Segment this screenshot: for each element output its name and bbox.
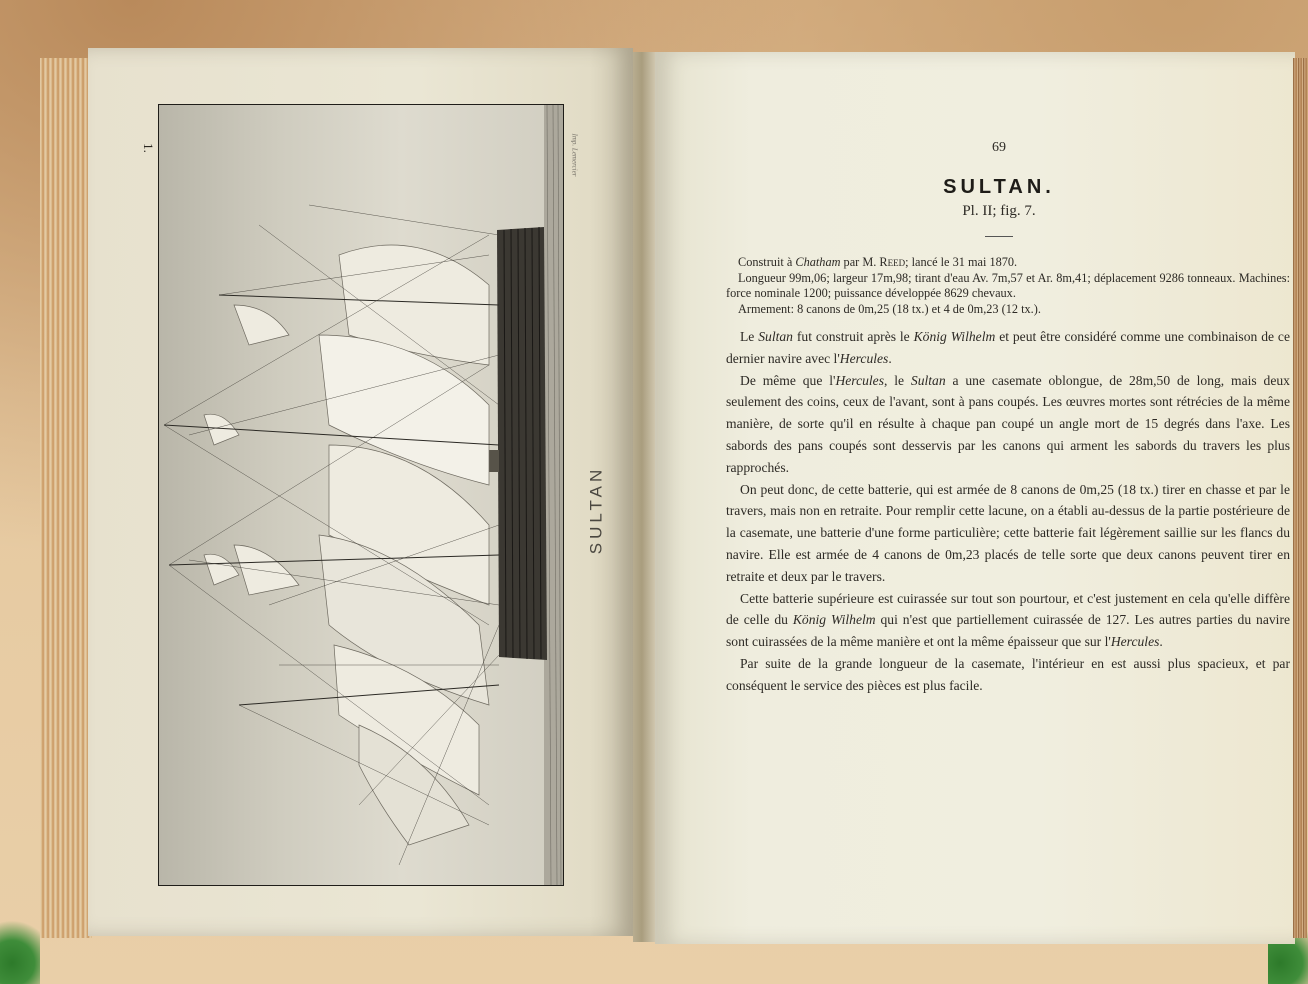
plate-caption: SULTAN <box>566 470 626 550</box>
left-page-edges <box>40 58 92 938</box>
paragraph-2: De même que l'Hercules, le Sultan a une … <box>726 370 1290 479</box>
ship-engraving-plate <box>158 104 564 886</box>
page-title: SULTAN. <box>708 176 1290 199</box>
paragraph-3: On peut donc, de cette batterie, qui est… <box>726 479 1290 588</box>
book-gutter <box>633 52 655 942</box>
page-number: 69 <box>708 140 1290 156</box>
right-page-edges <box>1293 58 1307 938</box>
spec-armament: Armement: 8 canons de 0m,25 (18 tx.) et … <box>726 302 1290 318</box>
plate-number: 1. <box>140 143 156 153</box>
spec-dimensions: Longueur 99m,06; largeur 17m,98; tirant … <box>726 271 1290 302</box>
table-surface-left <box>0 914 40 984</box>
right-page-text: 69 SULTAN. Pl. II; fig. 7. Construit à C… <box>726 140 1290 697</box>
engraver-signature: Imp. Lemercier <box>560 110 588 200</box>
paragraph-4: Cette batterie supérieure est cuirassée … <box>726 588 1290 653</box>
body-text: Le Sultan fut construit après le König W… <box>726 326 1290 697</box>
plate-reference: Pl. II; fig. 7. <box>708 203 1290 220</box>
ship-specifications: Construit à Chatham par M. Reed; lancé l… <box>726 255 1290 317</box>
paragraph-1: Le Sultan fut construit après le König W… <box>726 326 1290 370</box>
paragraph-5: Par suite de la grande longueur de la ca… <box>726 653 1290 697</box>
title-divider <box>985 236 1013 237</box>
spec-construction: Construit à Chatham par M. Reed; lancé l… <box>726 255 1290 271</box>
ship-illustration-icon <box>159 105 563 885</box>
